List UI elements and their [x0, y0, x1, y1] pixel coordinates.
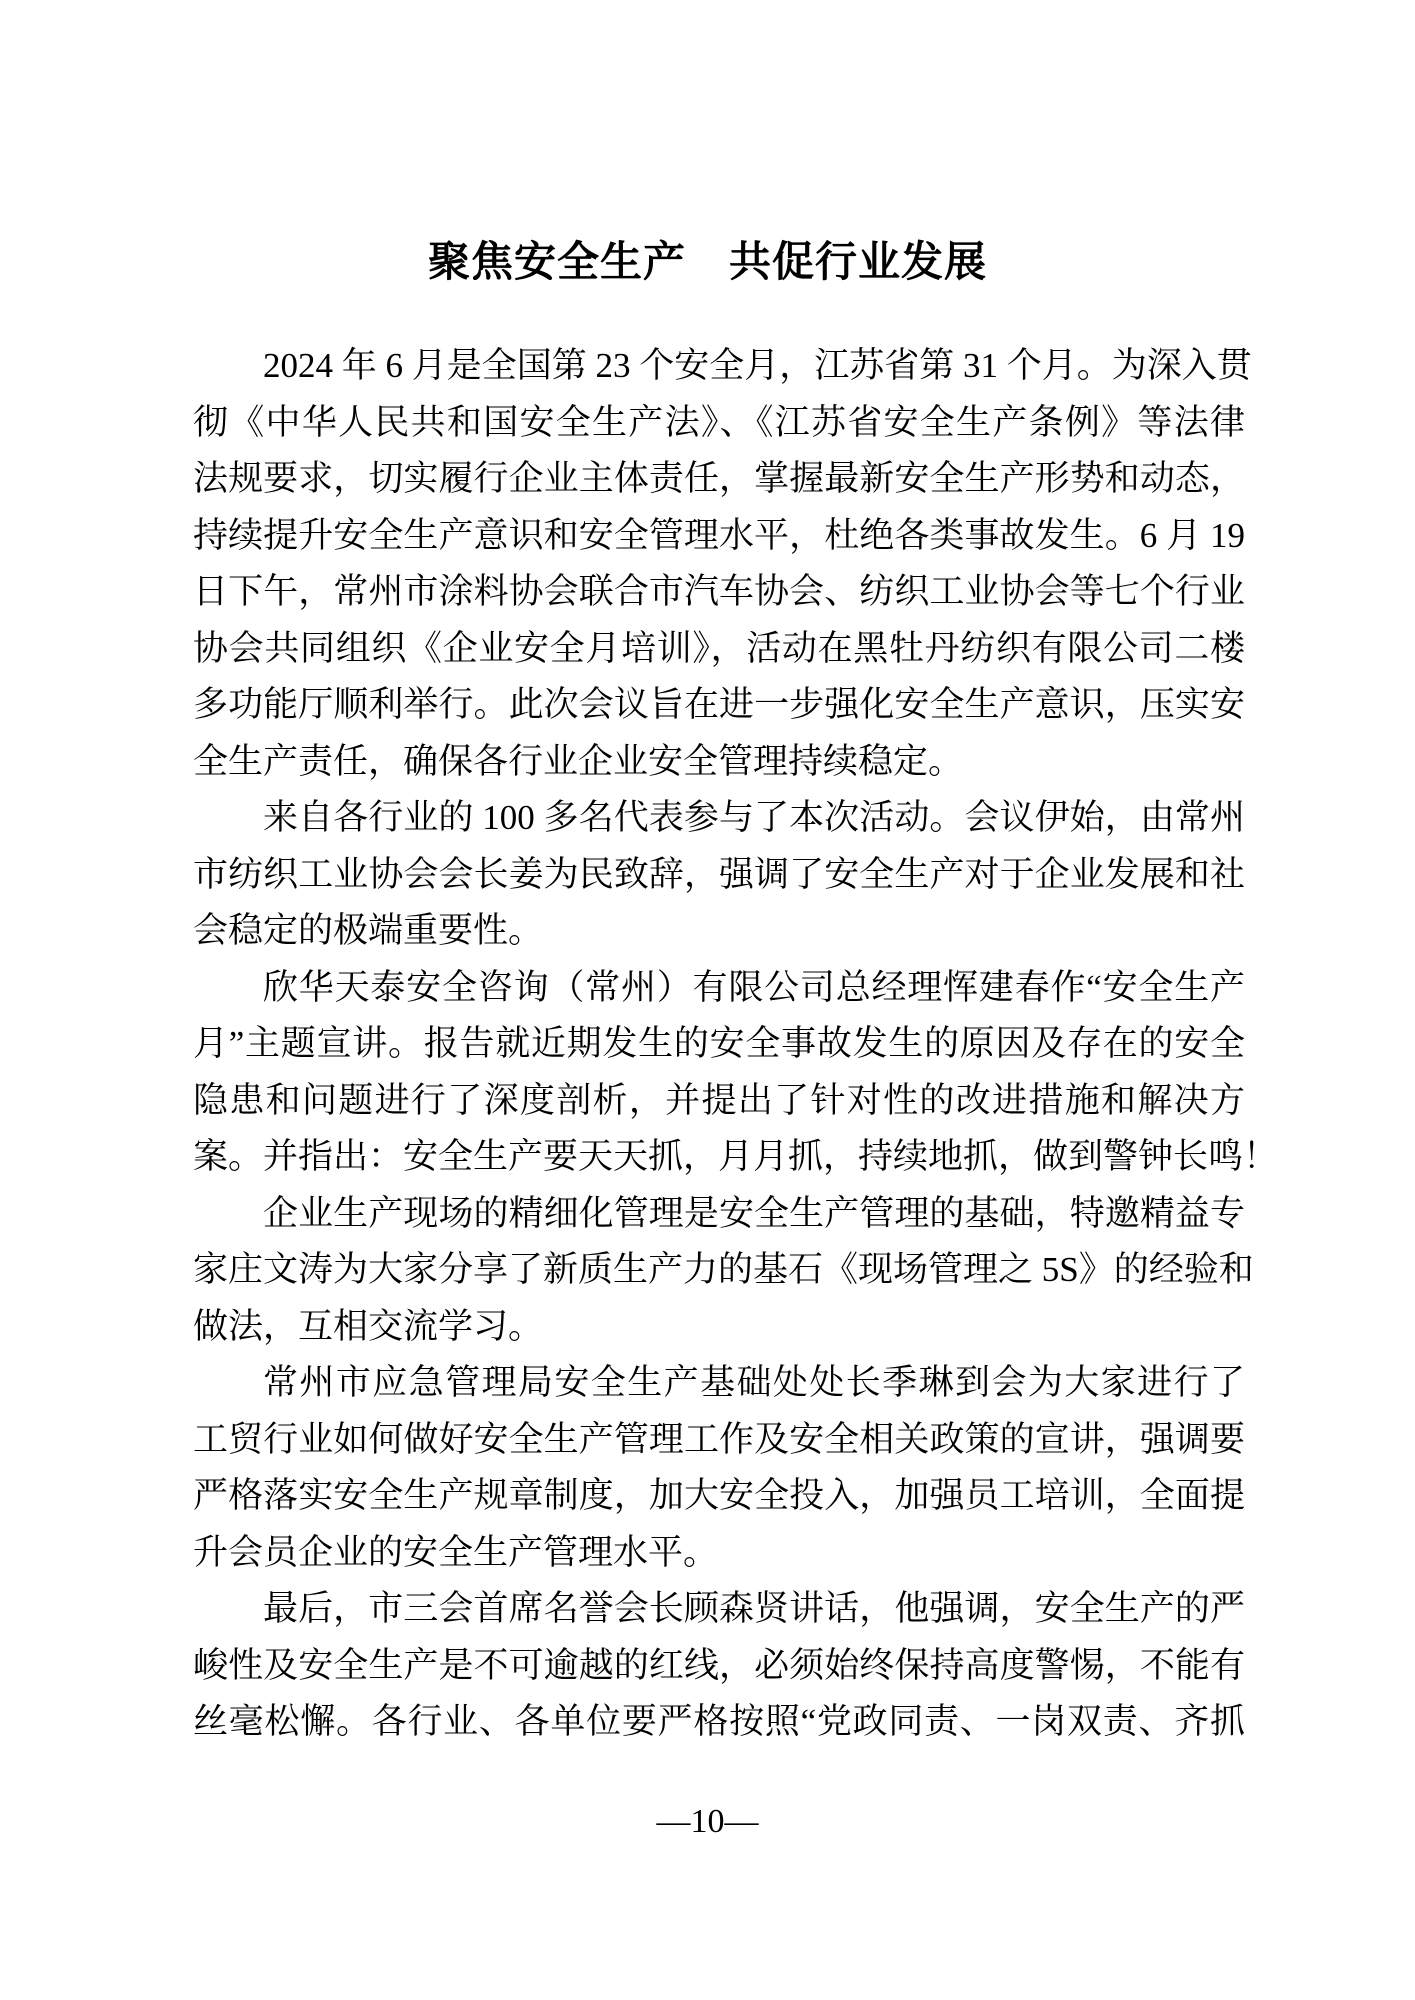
- paragraph: 最后，市三会首席名誉会长顾森贤讲话，他强调，安全生产的严峻性及安全生产是不可逾越…: [193, 1581, 1245, 1751]
- text-line: 升会员企业的安全生产管理水平。: [193, 1525, 1245, 1582]
- paragraph: 2024 年 6 月是全国第 23 个安全月，江苏省第 31 个月。为深入贯彻《…: [193, 338, 1245, 790]
- text-line: 来自各行业的 100 多名代表参与了本次活动。会议伊始，由常州: [193, 790, 1245, 847]
- text-line: 会稳定的极端重要性。: [193, 903, 1245, 960]
- text-line: 法规要求，切实履行企业主体责任，掌握最新安全生产形势和动态，: [193, 451, 1245, 508]
- paragraph: 欣华天泰安全咨询（常州）有限公司总经理恽建春作“安全生产月”主题宣讲。报告就近期…: [193, 960, 1245, 1186]
- text-line: 市纺织工业协会会长姜为民致辞，强调了安全生产对于企业发展和社: [193, 847, 1245, 904]
- text-line: 企业生产现场的精细化管理是安全生产管理的基础，特邀精益专: [193, 1186, 1245, 1243]
- paragraph: 企业生产现场的精细化管理是安全生产管理的基础，特邀精益专家庄文涛为大家分享了新质…: [193, 1186, 1245, 1356]
- text-line: 丝毫松懈。各行业、各单位要严格按照“党政同责、一岗双责、齐抓: [193, 1694, 1245, 1751]
- text-line: 家庄文涛为大家分享了新质生产力的基石《现场管理之 5S》的经验和: [193, 1242, 1245, 1299]
- paragraph: 来自各行业的 100 多名代表参与了本次活动。会议伊始，由常州市纺织工业协会会长…: [193, 790, 1245, 960]
- document-page: 聚焦安全生产 共促行业发展 2024 年 6 月是全国第 23 个安全月，江苏省…: [0, 0, 1415, 2000]
- text-line: 严格落实安全生产规章制度，加大安全投入，加强员工培训，全面提: [193, 1468, 1245, 1525]
- document-title: 聚焦安全生产 共促行业发展: [0, 236, 1415, 290]
- text-line: 持续提升安全生产意识和安全管理水平，杜绝各类事故发生。6 月 19: [193, 508, 1245, 565]
- text-line: 全生产责任，确保各行业企业安全管理持续稳定。: [193, 734, 1245, 791]
- document-body: 2024 年 6 月是全国第 23 个安全月，江苏省第 31 个月。为深入贯彻《…: [193, 338, 1245, 1751]
- text-line: 最后，市三会首席名誉会长顾森贤讲话，他强调，安全生产的严: [193, 1581, 1245, 1638]
- text-line: 做法，互相交流学习。: [193, 1299, 1245, 1356]
- text-line: 案。并指出：安全生产要天天抓，月月抓，持续地抓，做到警钟长鸣！: [193, 1129, 1245, 1186]
- text-line: 月”主题宣讲。报告就近期发生的安全事故发生的原因及存在的安全: [193, 1016, 1245, 1073]
- paragraph: 常州市应急管理局安全生产基础处处长季琳到会为大家进行了工贸行业如何做好安全生产管…: [193, 1355, 1245, 1581]
- text-line: 协会共同组织《企业安全月培训》，活动在黑牡丹纺织有限公司二楼: [193, 621, 1245, 678]
- text-line: 峻性及安全生产是不可逾越的红线，必须始终保持高度警惕，不能有: [193, 1638, 1245, 1695]
- text-line: 工贸行业如何做好安全生产管理工作及安全相关政策的宣讲，强调要: [193, 1412, 1245, 1469]
- text-line: 隐患和问题进行了深度剖析，并提出了针对性的改进措施和解决方: [193, 1073, 1245, 1130]
- text-line: 欣华天泰安全咨询（常州）有限公司总经理恽建春作“安全生产: [193, 960, 1245, 1017]
- text-line: 多功能厅顺利举行。此次会议旨在进一步强化安全生产意识，压实安: [193, 677, 1245, 734]
- page-number: —10—: [0, 1800, 1415, 1844]
- text-line: 常州市应急管理局安全生产基础处处长季琳到会为大家进行了: [193, 1355, 1245, 1412]
- text-line: 2024 年 6 月是全国第 23 个安全月，江苏省第 31 个月。为深入贯: [193, 338, 1245, 395]
- text-line: 日下午，常州市涂料协会联合市汽车协会、纺织工业协会等七个行业: [193, 564, 1245, 621]
- text-line: 彻《中华人民共和国安全生产法》、《江苏省安全生产条例》等法律: [193, 395, 1245, 452]
